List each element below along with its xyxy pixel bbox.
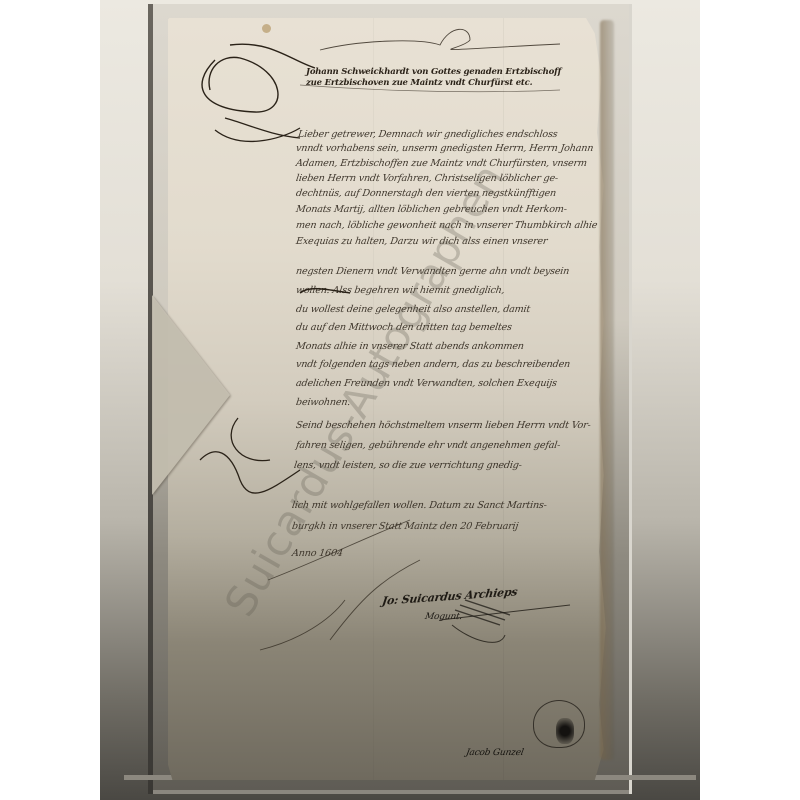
body-line: vnndt vorhabens sein, unserm gnedigsten … [295, 143, 594, 154]
letter-heading-line-2: zue Ertzbischoven zue Maintz vndt Churfü… [306, 78, 532, 88]
paper-repair-patch [152, 295, 230, 495]
date-line: burgkh in vnserer Statt Maintz den 20 Fe… [291, 521, 519, 532]
body-line: dechtnüs, auf Donnerstagh den vierten ne… [295, 188, 557, 199]
secretary-countersignature: Jacob Gunzel [465, 748, 524, 758]
body-line: Monats Martij, allten löblichen gebreuch… [295, 204, 567, 215]
body-line: vndt folgenden tags neben andern, das zu… [295, 359, 571, 370]
torn-right-edge [600, 20, 614, 760]
body-line: adelichen Freunden vndt Verwandten, solc… [295, 378, 557, 389]
photo-stage: Johann Schweickhardt von Gottes genaden … [0, 0, 800, 800]
body-line: lieben Herrn vndt Vorfahren, Christselig… [295, 173, 558, 184]
ink-blot-icon [556, 718, 574, 744]
body-line: Adamen, Ertzbischoffen zue Maintz vndt C… [295, 158, 587, 169]
letter-heading-line-1: Johann Schweickhardt von Gottes genaden … [306, 67, 561, 77]
signature-line-2: Mogunt. [424, 612, 463, 622]
paper-stain [262, 24, 271, 33]
body-line: lich mit wohlgefallen wollen. Datum zu S… [291, 500, 547, 511]
body-line: Lieber getrewer, Demnach wir gnedigliche… [297, 129, 558, 140]
